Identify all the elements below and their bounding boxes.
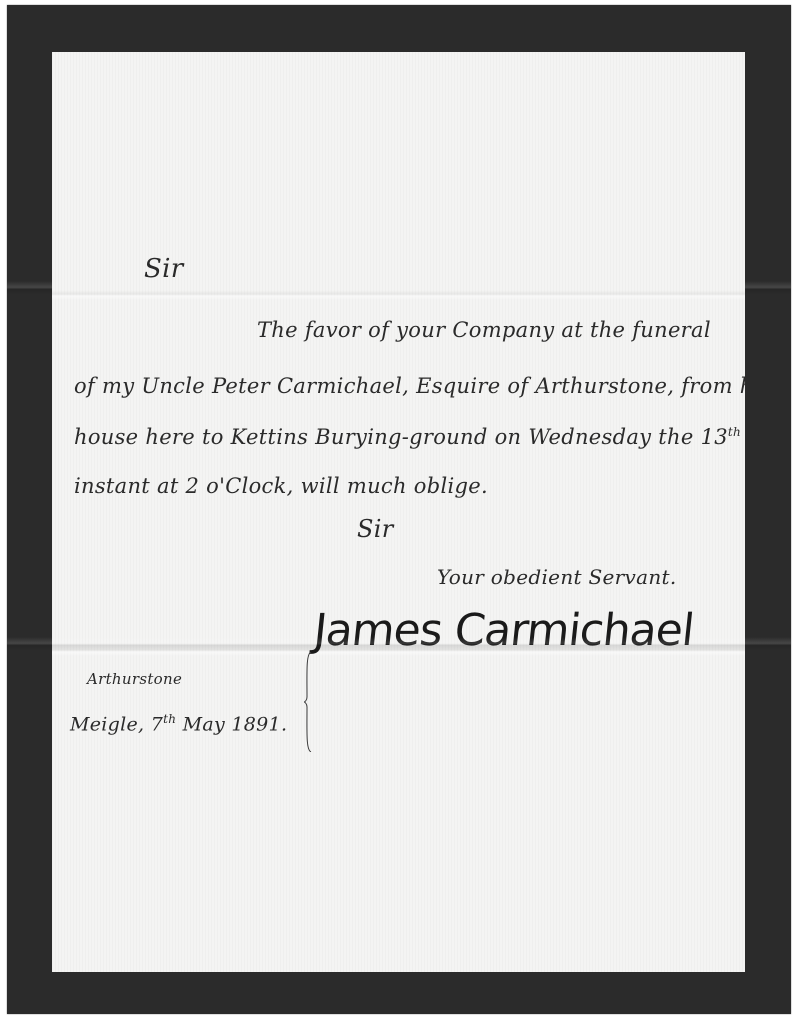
- date-line: Meigle, 7th May 1891.: [70, 712, 287, 735]
- ordinal-superscript: th: [728, 425, 741, 439]
- date-superscript: th: [163, 712, 176, 726]
- place-name: Arthurstone: [87, 670, 182, 688]
- mourning-letter-sheet: Sir The favor of your Company at the fun…: [7, 5, 791, 1014]
- body-line-4: instant at 2 o'Clock, will much oblige.: [74, 474, 488, 498]
- salutation: Sir: [144, 254, 183, 284]
- body-line-1: The favor of your Company at the funeral: [257, 318, 711, 342]
- date-prefix: Meigle, 7: [70, 713, 163, 735]
- body-line-3-text: house here to Kettins Burying-ground on …: [74, 425, 728, 449]
- fold-line-upper: [52, 290, 745, 300]
- body-line-2: of my Uncle Peter Carmichael, Esquire of…: [74, 374, 745, 398]
- signature: James Carmichael: [311, 605, 696, 656]
- date-suffix: May 1891.: [176, 713, 287, 735]
- body-line-3: house here to Kettins Burying-ground on …: [74, 425, 741, 449]
- closing-salutation: Sir: [357, 515, 394, 543]
- curly-brace-icon: [304, 652, 314, 752]
- closing-phrase: Your obedient Servant.: [437, 565, 677, 589]
- letter-paper: Sir The favor of your Company at the fun…: [52, 52, 745, 972]
